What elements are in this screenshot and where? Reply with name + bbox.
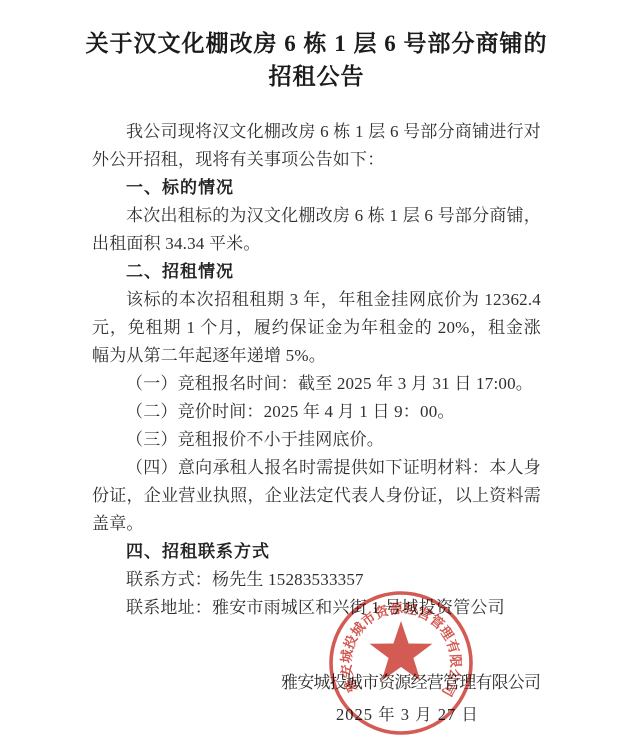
heading-leasing: 二、招租情况 xyxy=(92,258,541,286)
signature-company: 雅安城投城市资源经营管理有限公司 xyxy=(281,668,540,693)
announcement-document: 关于汉文化棚改房 6 栋 1 层 6 号部分商铺的 招租公告 我公司现将汉文化棚… xyxy=(0,0,633,743)
signature-date: 2025 年 3 月 27 日 xyxy=(336,701,479,725)
document-title-line2: 招租公告 xyxy=(0,60,633,93)
document-body: 我公司现将汉文化棚改房 6 栋 1 层 6 号部分商铺进行对外公开招租，现将有关… xyxy=(0,118,633,622)
contact-phone: 联系方式：杨先生 15283533357 xyxy=(92,566,541,594)
contact-address: 联系地址：雅安市雨城区和兴街 1 号城投资管公司 xyxy=(92,594,541,622)
intro-paragraph: 我公司现将汉文化棚改房 6 栋 1 层 6 号部分商铺进行对外公开招租，现将有关… xyxy=(92,118,541,174)
item-registration-deadline: （一）竞租报名时间：截至 2025 年 3 月 31 日 17:00。 xyxy=(92,370,541,398)
subject-paragraph: 本次出租标的为汉文化棚改房 6 栋 1 层 6 号部分商铺，出租面积 34.34… xyxy=(92,202,541,258)
document-title-line1: 关于汉文化棚改房 6 栋 1 层 6 号部分商铺的 xyxy=(0,27,633,60)
item-bidding-time: （二）竞价时间：2025 年 4 月 1 日 9：00。 xyxy=(92,398,541,426)
item-bid-floor: （三）竞租报价不小于挂网底价。 xyxy=(92,426,541,454)
leasing-terms-paragraph: 该标的本次招租租期 3 年，年租金挂网底价为 12362.4 元，免租期 1 个… xyxy=(92,286,541,370)
heading-contact: 四、招租联系方式 xyxy=(92,538,541,566)
document-title: 关于汉文化棚改房 6 栋 1 层 6 号部分商铺的 招租公告 xyxy=(0,0,633,93)
item-required-documents: （四）意向承租人报名时需提供如下证明材料：本人身份证，企业营业执照，企业法定代表… xyxy=(92,454,541,538)
heading-subject: 一、标的情况 xyxy=(92,174,541,202)
